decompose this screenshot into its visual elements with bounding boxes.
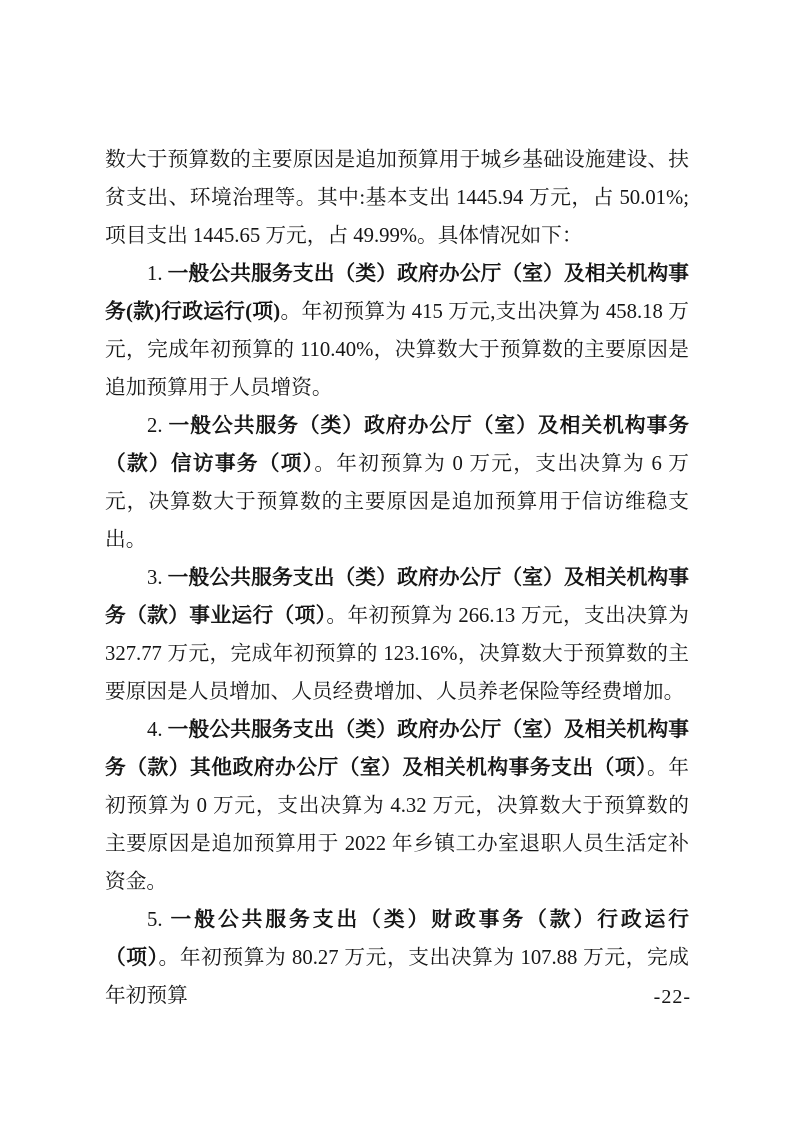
item-number: 5.	[147, 909, 163, 931]
item-body: 。年初预算为 80.27 万元，支出决算为 107.88 万元，完成年初预算	[105, 947, 689, 1007]
item-number: 3.	[147, 567, 163, 589]
item-paragraph-3: 3.一般公共服务支出（类）政府办公厅（室）及相关机构事务（款）事业运行（项）。年…	[105, 559, 689, 711]
item-number: 4.	[147, 719, 163, 741]
document-content: 数大于预算数的主要原因是追加预算用于城乡基础设施建设、扶贫支出、环境治理等。其中…	[105, 141, 689, 1015]
item-paragraph-1: 1.一般公共服务支出（类）政府办公厅（室）及相关机构事务(款)行政运行(项)。年…	[105, 255, 689, 407]
item-paragraph-4: 4.一般公共服务支出（类）政府办公厅（室）及相关机构事务（款）其他政府办公厅（室…	[105, 711, 689, 901]
item-title: 一般公共服务支出（类）政府办公厅（室）及相关机构事务（款）其他政府办公厅（室）及…	[105, 719, 689, 779]
intro-text: 数大于预算数的主要原因是追加预算用于城乡基础设施建设、扶贫支出、环境治理等。其中…	[105, 149, 689, 247]
item-number: 1.	[147, 263, 163, 285]
intro-paragraph: 数大于预算数的主要原因是追加预算用于城乡基础设施建设、扶贫支出、环境治理等。其中…	[105, 141, 689, 255]
page-number: -22-	[654, 984, 691, 1010]
item-paragraph-5: 5.一般公共服务支出（类）财政事务（款）行政运行（项）。年初预算为 80.27 …	[105, 901, 689, 1015]
document-page: 数大于预算数的主要原因是追加预算用于城乡基础设施建设、扶贫支出、环境治理等。其中…	[0, 0, 793, 1122]
item-paragraph-2: 2.一般公共服务（类）政府办公厅（室）及相关机构事务（款）信访事务（项）。年初预…	[105, 407, 689, 559]
item-number: 2.	[147, 415, 163, 437]
